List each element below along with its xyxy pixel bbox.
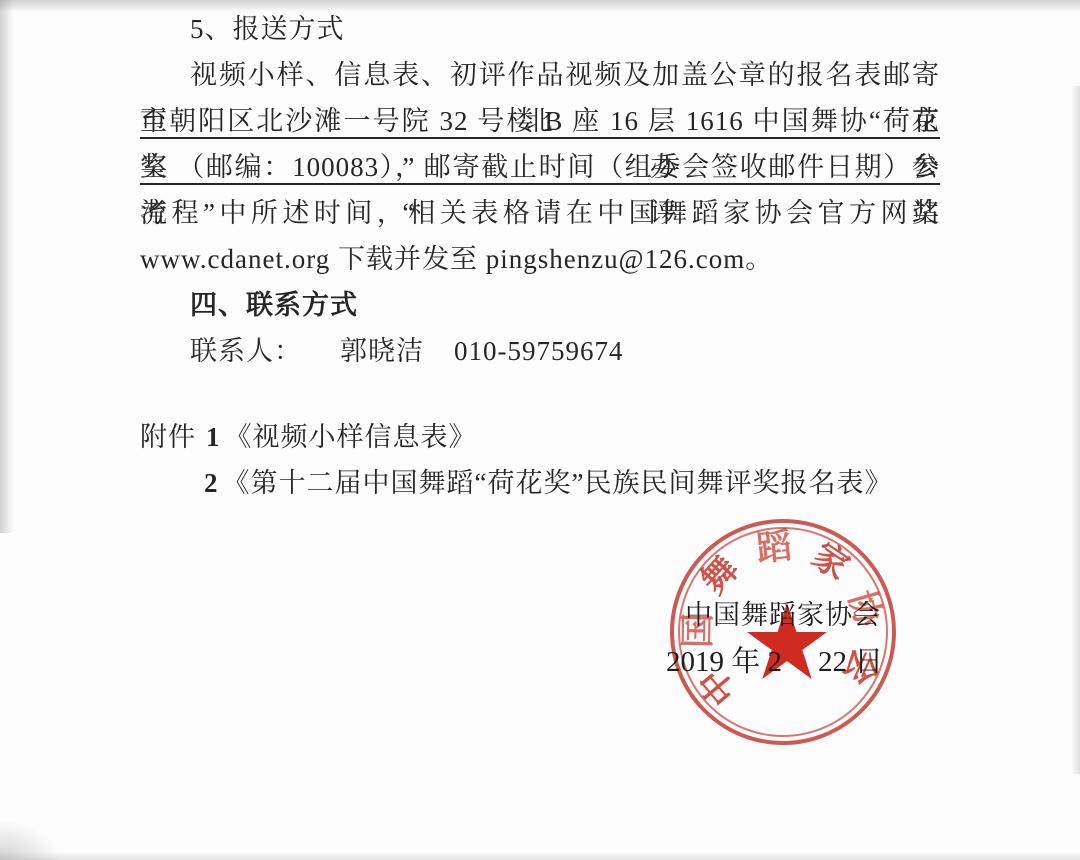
official-seal: 中国舞蹈家协会 中国舞蹈家协会 2019 年 222 日 [670,519,896,745]
scan-shading-corner [0,820,60,860]
website-and-email-text: www.cdanet.org 下载并发至 pingshenzu@126.com。 [140,244,773,274]
contact-label: 联系人： [190,336,302,366]
paragraph-line-4: 流程”中所述时间，相关表格请在中国舞蹈家协会官方网站 [140,190,940,236]
attachment-item-2: 2《第十二届中国舞蹈“荷花奖”民族民间舞评奖报名表》 [140,460,940,506]
scan-shading-bottom [0,851,1080,860]
attachments-block: 附件1《视频小样信息表》 2《第十二届中国舞蹈“荷花奖”民族民间舞评奖报名表》 [140,414,940,506]
paragraph-line-1: 视频小样、信息表、初评作品视频及加盖公章的报名表邮寄至北京 [140,52,940,98]
attachment-number: 1 [206,422,221,452]
attachment-number: 2 [204,468,219,498]
document-body: 5、报送方式 视频小样、信息表、初评作品视频及加盖公章的报名表邮寄至北京 市朝阳… [140,6,940,506]
paragraph-text: 流程”中所述时间，相关表格请在中国舞蹈家协会官方网站 [140,198,940,228]
scan-shading-right [1071,86,1080,774]
underlined-address-part: 室 （邮编：100083） [140,152,395,182]
document-page: 5、报送方式 视频小样、信息表、初评作品视频及加盖公章的报名表邮寄至北京 市朝阳… [0,0,1080,860]
seal-org-name: 中国舞蹈家协会 [670,593,896,632]
section5-heading: 5、报送方式 [140,6,940,52]
contact-line: 联系人：郭晓洁010-59759674 [140,328,940,374]
attachment-title: 《第十二届中国舞蹈“荷花奖”民族民间舞评奖报名表》 [223,468,893,498]
attachment-item-1: 附件1《视频小样信息表》 [140,414,940,460]
attachments-label: 附件 [140,422,196,452]
attachment-title: 《视频小样信息表》 [225,422,477,452]
paragraph-line-2: 市朝阳区北沙滩一号院 32 号楼 B 座 16 层 1616 中国舞协“荷花奖”… [140,98,940,144]
seal-date-left: 2019 年 2 [666,646,782,678]
seal-date-right: 22 日 [818,646,883,678]
paragraph-line-3: 室 （邮编：100083），邮寄截止时间（组委会签收邮件日期）参考“评奖 [140,144,940,190]
contact-name: 郭晓洁 [340,336,424,366]
seal-date: 2019 年 222 日 [666,639,906,680]
section4-heading: 四、联系方式 [140,282,940,328]
scan-shading-left [0,0,14,533]
seal-ring-char: 蹈 [755,528,793,566]
contact-phone: 010-59759674 [454,336,624,366]
paragraph-line-5: www.cdanet.org 下载并发至 pingshenzu@126.com。 [140,236,940,282]
